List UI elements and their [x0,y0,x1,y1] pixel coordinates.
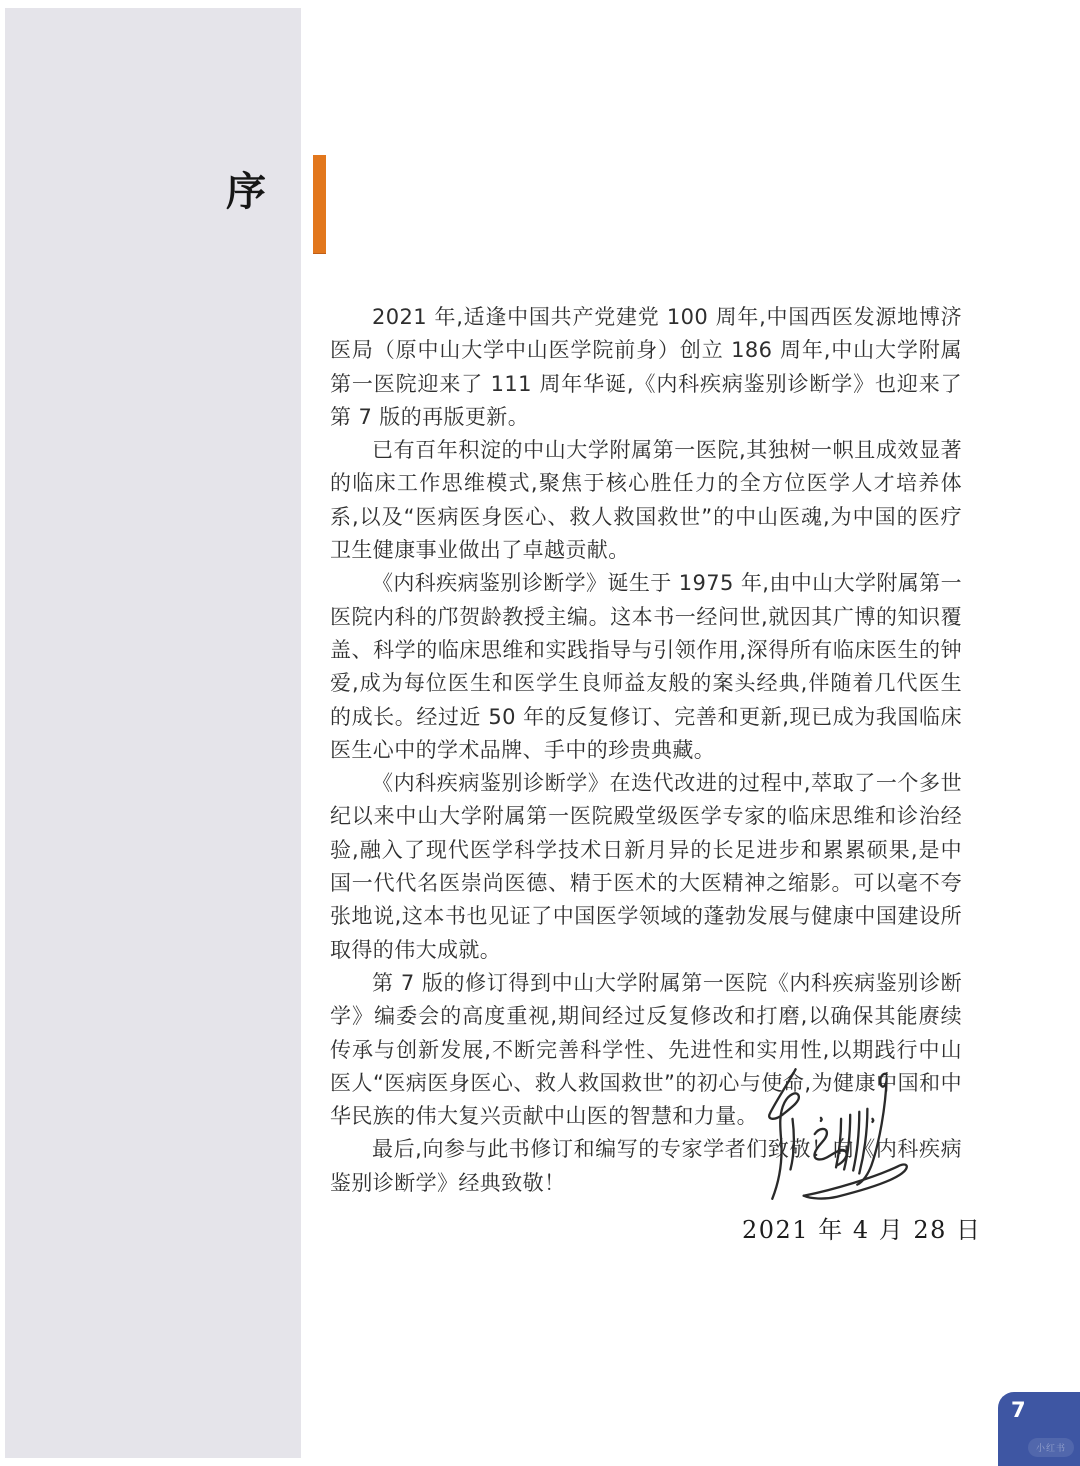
section-title: 序 [226,172,301,212]
accent-bar [313,155,326,253]
preface-page: 序 2021 年,适逢中国共产党建党 100 周年,中国西医发源地博济医局（原中… [0,0,1080,1466]
signature-date: 2021 年 4 月 28 日 [742,1210,952,1245]
page-number: 7 [1011,1398,1026,1422]
paragraph: 2021 年,适逢中国共产党建党 100 周年,中国西医发源地博济医局（原中山大… [330,301,962,434]
left-margin-panel [5,8,301,1458]
handwritten-signature-icon [748,1056,920,1208]
paragraph: 已有百年积淀的中山大学附属第一医院,其独树一帜且成效显著的临床工作思维模式,聚焦… [330,434,962,567]
watermark-badge: 小红书 [1028,1438,1074,1457]
page-number-tab: 7 小红书 [998,1392,1080,1466]
paragraph: 《内科疾病鉴别诊断学》在迭代改进的过程中,萃取了一个多世纪以来中山大学附属第一医… [330,767,962,967]
paragraph: 《内科疾病鉴别诊断学》诞生于 1975 年,由中山大学附属第一医院内科的邝贺龄教… [330,567,962,767]
